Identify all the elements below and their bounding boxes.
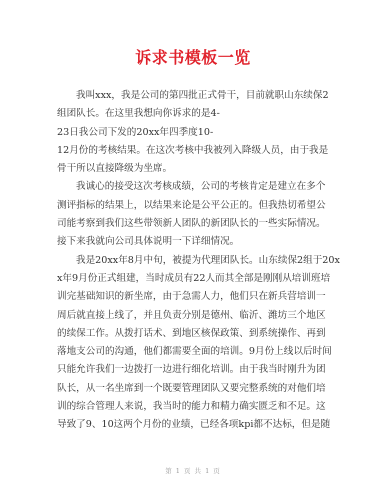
text-line: 23日我公司下发的20xx年四季度10- [57,124,329,142]
text-line: 训的综合管理人来说，我当时的能力和精力确实匮乏和不足。这 [57,398,329,416]
text-line: x年9月份正式组建，当时成员有22人而其全部是刚刚从培训班培 [57,270,329,288]
text-line: 我叫xxx，我是公司的第四批正式骨干，目前就职山东续保2 [57,87,329,105]
text-line: 测评指标的结果上，以结果来论是公平公正的。但我热切希望公 [57,197,329,215]
page-number-footer: 第 1 页 共 1 页 [0,466,386,475]
text-line: 只能允许我们一边拨打一边进行细化培训。由于我当时刚升为团 [57,361,329,379]
text-line: 的续保工作。从拨打话术、到地区核保政策、到系统操作、再到 [57,325,329,343]
document-body: 我叫xxx，我是公司的第四批正式骨干，目前就职山东续保2 组团队长。在这里我想向… [57,87,329,435]
text-line: 司能考察到我们这些带领新人团队的新团队长的一些实际情况。 [57,215,329,233]
text-line: 骨干所以直接降级为坐席。 [57,160,329,178]
document-title: 诉求书模板一览 [0,45,386,68]
text-line: 训完基础知识的新坐席，由于急需人力，他们只在新兵营培训一 [57,288,329,306]
text-line: 导致了9、10这两个月份的业绩，已经各项kpi都不达标，但是随 [57,416,329,434]
text-line: 组团队长。在这里我想向你诉求的是4- [57,105,329,123]
text-line: 周后就直接上线了，并且负责分别是德州、临沂、潍坊三个地区 [57,307,329,325]
text-line: 12月份的考核结果。在这次考核中我被列入降级人员，由于我是 [57,142,329,160]
document-page: 诉求书模板一览 我叫xxx，我是公司的第四批正式骨干，目前就职山东续保2 组团队… [0,0,386,500]
text-line: 落地支公司的沟通，他们都需要全面的培训。9月份上线以后时间 [57,343,329,361]
text-line: 接下来我就向公司具体说明一下详细情况。 [57,233,329,251]
text-line: 队长，从一名坐席到一个既要管理团队又要完整系统的对他们培 [57,380,329,398]
text-line: 我诚心的接受这次考核成绩，公司的考核肯定是建立在多个 [57,178,329,196]
text-line: 我是20xx年8月中旬，被提为代理团队长。山东续保2组于20x [57,252,329,270]
